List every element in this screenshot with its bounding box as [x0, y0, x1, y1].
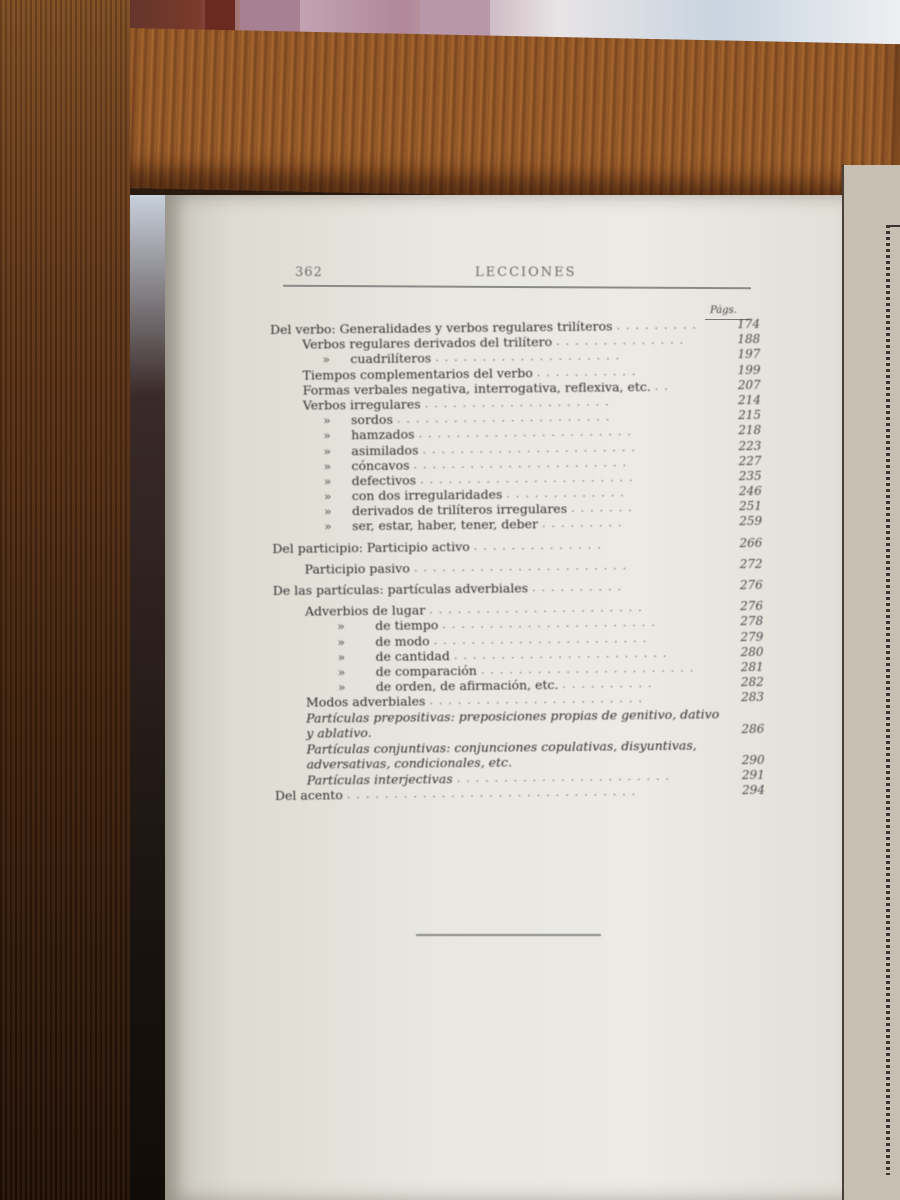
running-title: LECCIONES [475, 265, 577, 280]
toc-entry: De las partículas: partículas adverbiale… [273, 578, 763, 598]
end-rule [416, 934, 601, 936]
pages-column-header: Págs. [710, 305, 737, 316]
page-number: 362 [295, 265, 323, 280]
wooden-frame-left [0, 0, 130, 1200]
toc-entry: Partículas prepositivas: preposiciones p… [274, 705, 764, 741]
table-of-contents: Del verbo: Generalidades y verbos regula… [270, 317, 765, 803]
facing-page-edge [842, 165, 900, 1200]
toc-entry: Del participio: Participio activo.......… [272, 535, 762, 555]
wooden-frame-top [120, 28, 900, 204]
toc-entry: Partículas conjuntivas: conjunciones cop… [274, 736, 764, 772]
toc-entry: Participio pasivo.......................… [273, 557, 763, 577]
decorative-border [886, 225, 890, 1175]
